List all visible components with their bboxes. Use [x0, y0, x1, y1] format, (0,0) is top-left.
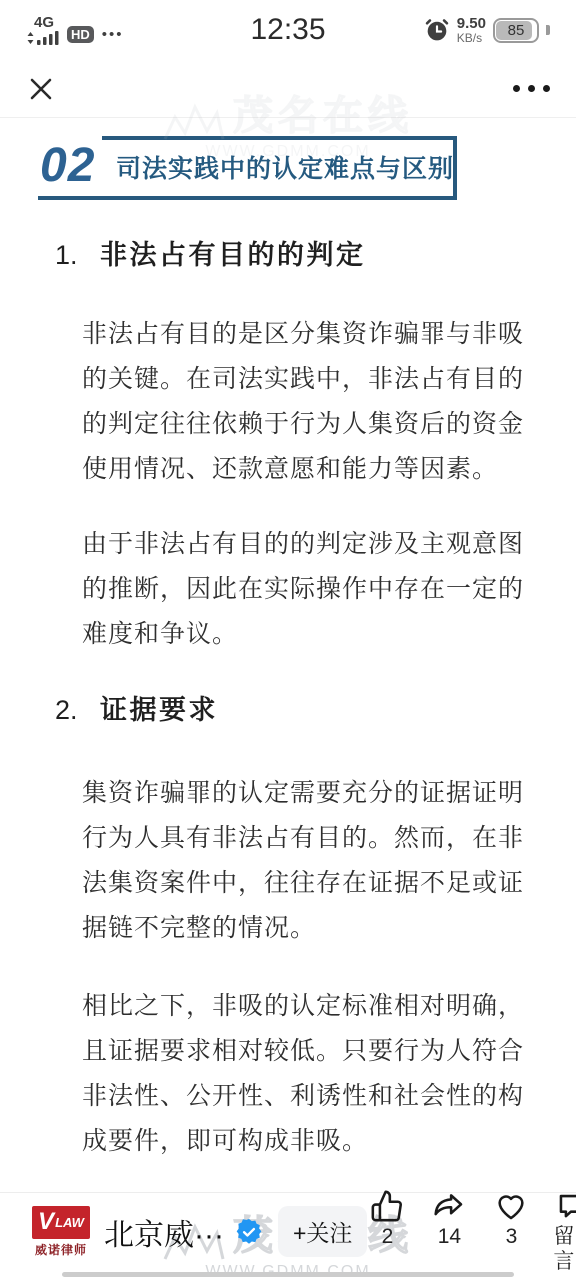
favorite-button[interactable]: 3	[491, 1189, 531, 1274]
cellular-signal-indicator: 4G	[26, 15, 59, 45]
close-icon[interactable]	[26, 74, 56, 104]
subsection-1-title: 非法占有目的的判定	[100, 240, 366, 270]
share-arrow-icon	[432, 1189, 466, 1223]
phone-screen: 4G HD ••• 12:35	[0, 0, 576, 1280]
paragraph: 集资诈骗罪的认定需要充分的证据证明 行为人具有非法占有目的。然而，在非 法集资案…	[82, 771, 532, 951]
signal-bars-icon	[26, 31, 59, 45]
status-bar: 4G HD ••• 12:35	[0, 0, 576, 60]
battery-icon: 85	[493, 18, 539, 43]
hd-voice-badge: HD	[67, 26, 94, 43]
clock-time: 12:35	[250, 13, 325, 47]
subsection-2-title: 证据要求	[100, 695, 218, 725]
share-button[interactable]: 14	[429, 1189, 469, 1274]
subsection-2-heading: 2. 证据要求	[55, 695, 576, 725]
logo-rest: LAW	[55, 1215, 84, 1230]
signal-strength-icon	[37, 31, 59, 45]
publisher-name[interactable]: 北京威···	[104, 1210, 224, 1254]
heart-icon	[494, 1189, 528, 1223]
share-count: 14	[438, 1224, 461, 1249]
subsection-2-number: 2.	[55, 695, 100, 725]
navigation-bar	[0, 60, 576, 118]
status-menu-dots: •••	[102, 26, 124, 43]
status-left-cluster: 4G HD •••	[26, 15, 124, 45]
paragraph: 非法占有目的是区分集资诈骗罪与非吸 的关键。在司法实践中，非法占有目的 的判定往…	[82, 312, 532, 492]
logo-subtitle: 威诺律师	[35, 1241, 87, 1258]
comment-bubble-icon	[556, 1189, 576, 1223]
like-count: 2	[382, 1224, 394, 1249]
speed-unit: KB/s	[457, 32, 486, 45]
section-title-underline	[38, 196, 457, 200]
publisher-logo: VLAW 威诺律师	[30, 1206, 92, 1258]
paragraph: 由于非法占有目的的判定涉及主观意图 的推断，因此在实际操作中存在一定的 难度和争…	[82, 522, 532, 657]
comment-button[interactable]: 留言	[553, 1189, 576, 1274]
section-header: 02 司法实践中的认定难点与区别	[40, 136, 536, 200]
section-number: 02	[40, 138, 95, 193]
more-options-icon[interactable]	[513, 85, 550, 92]
follow-button[interactable]: +关注	[278, 1206, 367, 1257]
verified-badge-icon	[236, 1219, 262, 1245]
battery-percentage: 85	[495, 22, 537, 39]
favorite-count: 3	[506, 1224, 518, 1249]
footer-bar: VLAW 威诺律师 北京威··· +关注 2 14	[0, 1192, 576, 1280]
battery-nub	[546, 25, 550, 35]
section-title: 司法实践中的认定难点与区别	[102, 140, 453, 198]
subsection-1-heading: 1. 非法占有目的的判定	[55, 240, 576, 270]
action-buttons: 2 14 3 留言	[367, 1189, 576, 1274]
vlaw-logo: VLAW	[32, 1206, 90, 1239]
subsection-1-number: 1.	[55, 240, 100, 270]
like-button[interactable]: 2	[367, 1189, 407, 1274]
paragraph: 相比之下，非吸的认定标准相对明确， 且证据要求相对较低。只要行为人符合 非法性、…	[82, 984, 532, 1164]
home-indicator-bar[interactable]	[62, 1272, 514, 1277]
network-type-label: 4G	[34, 15, 54, 30]
status-right-cluster: 9.50 KB/s 85	[424, 16, 550, 44]
publisher-info[interactable]: VLAW 威诺律师 北京威··· +关注	[30, 1206, 367, 1258]
comment-label: 留言	[553, 1224, 576, 1274]
thumbs-up-icon	[370, 1189, 404, 1223]
logo-initial: V	[38, 1210, 54, 1234]
article-content: 02 司法实践中的认定难点与区别 1. 非法占有目的的判定 非法占有目的是区分集…	[0, 118, 576, 1192]
updown-arrows-icon	[26, 31, 35, 45]
network-speed-indicator: 9.50 KB/s	[457, 16, 486, 44]
section-title-box: 司法实践中的认定难点与区别	[102, 136, 457, 198]
alarm-clock-icon	[424, 17, 450, 43]
speed-value: 9.50	[457, 16, 486, 32]
